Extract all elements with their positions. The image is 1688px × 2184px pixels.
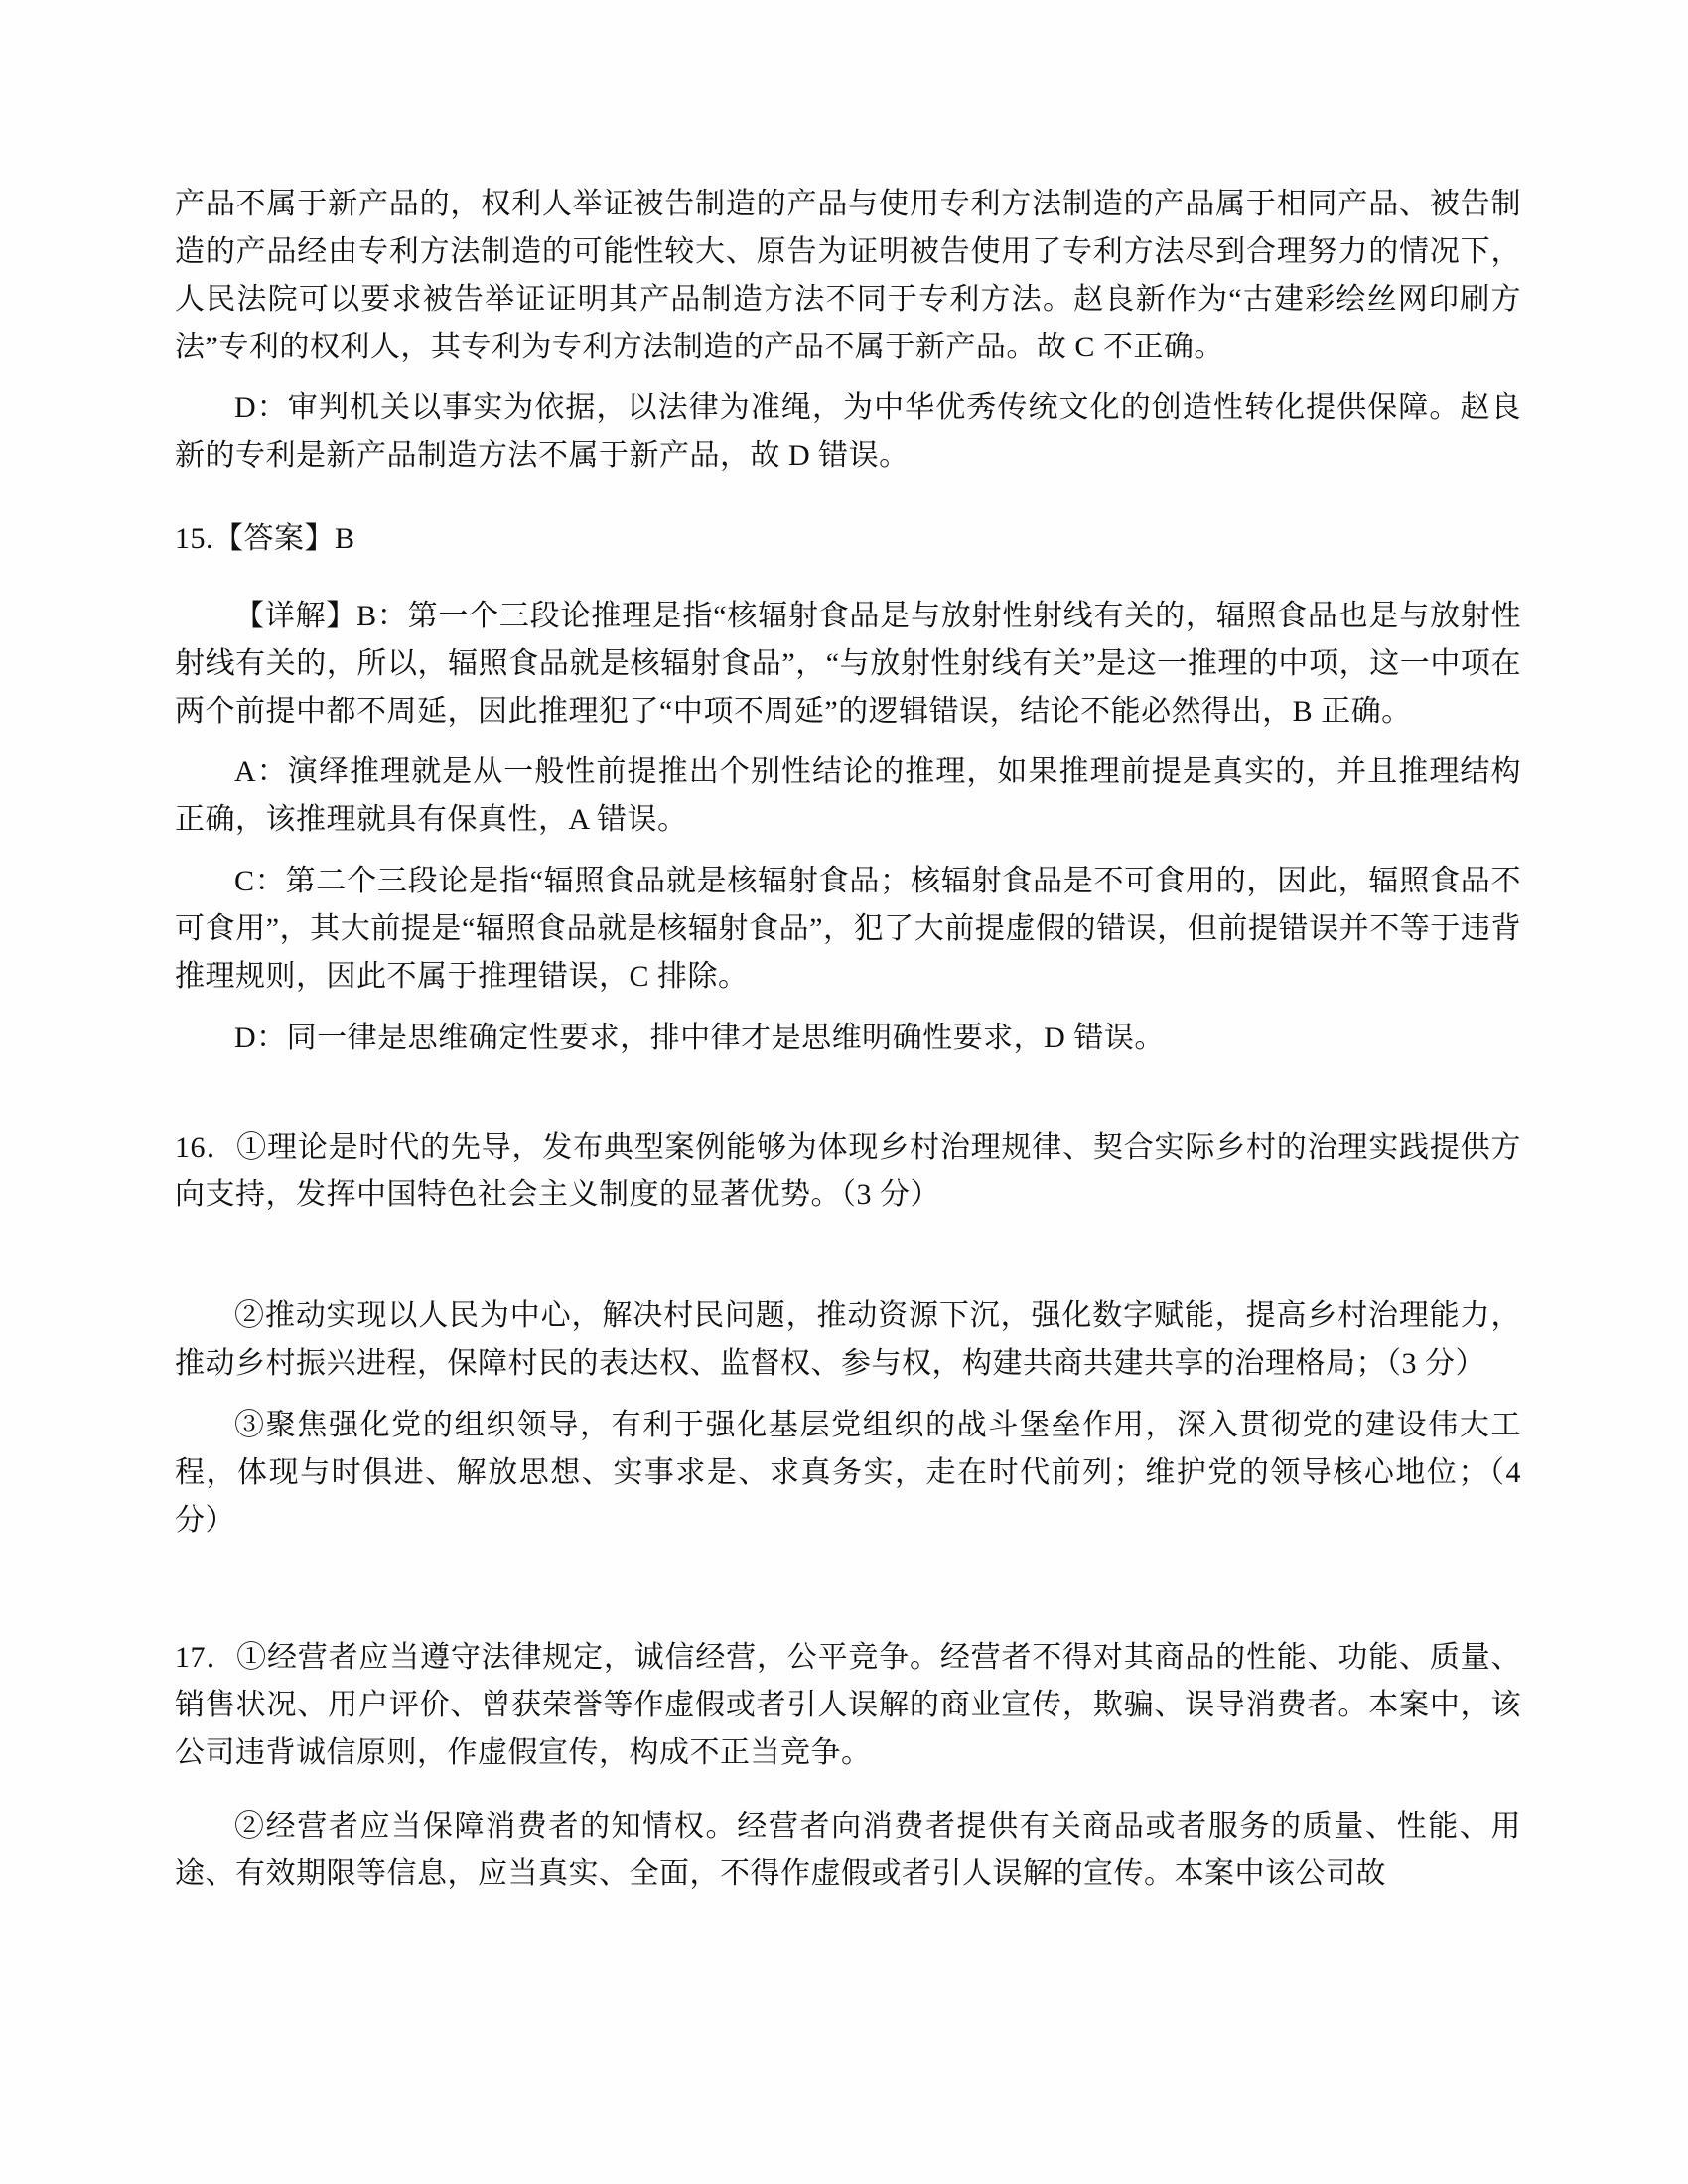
document-page: 产品不属于新产品的，权利人举证被告制造的产品与使用专利方法制造的产品属于相同产品… xyxy=(0,0,1688,2184)
q16-answer-paragraph-1: 16．①理论是时代的先导，发布典型案例能够为体现乡村治理规律、契合实际乡村的治理… xyxy=(175,1124,1521,1219)
q15-point-c-paragraph: C：第二个三段论是指“辐照食品就是核辐射食品；核辐射食品是不可食用的，因此，辐照… xyxy=(175,858,1521,1001)
answer14-continuation-paragraph: 产品不属于新产品的，权利人举证被告制造的产品与使用专利方法制造的产品属于相同产品… xyxy=(175,181,1521,371)
q15-point-d-paragraph: D：同一律是思维确定性要求，排中律才是思维明确性要求，D 错误。 xyxy=(175,1015,1521,1062)
answer14-point-d-paragraph: D：审判机关以事实为依据，以法律为准绳，为中华优秀传统文化的创造性转化提供保障。… xyxy=(175,384,1521,479)
q16-answer-paragraph-2: ②推动实现以人民为中心，解决村民问题，推动资源下沉，强化数字赋能，提高乡村治理能… xyxy=(175,1293,1521,1388)
q17-answer-paragraph-2: ②经营者应当保障消费者的知情权。经营者向消费者提供有关商品或者服务的质量、性能、… xyxy=(175,1803,1521,1898)
document-content: 产品不属于新产品的，权利人举证被告制造的产品与使用专利方法制造的产品属于相同产品… xyxy=(175,181,1521,1898)
q16-answer-paragraph-3: ③聚焦强化党的组织领导，有利于强化基层党组织的战斗堡垒作用，深入贯彻党的建设伟大… xyxy=(175,1402,1521,1545)
q15-point-a-paragraph: A：演绎推理就是从一般性前提推出个别性结论的推理，如果推理前提是真实的，并且推理… xyxy=(175,749,1521,844)
q15-detail-paragraph: 【详解】B：第一个三段论推理是指“核辐射食品是与放射性射线有关的，辐照食品也是与… xyxy=(175,593,1521,736)
q17-answer-paragraph-1: 17．①经营者应当遵守法律规定，诚信经营，公平竞争。经营者不得对其商品的性能、功… xyxy=(175,1634,1521,1777)
q15-answer-heading: 15.【答案】B xyxy=(175,515,1521,563)
